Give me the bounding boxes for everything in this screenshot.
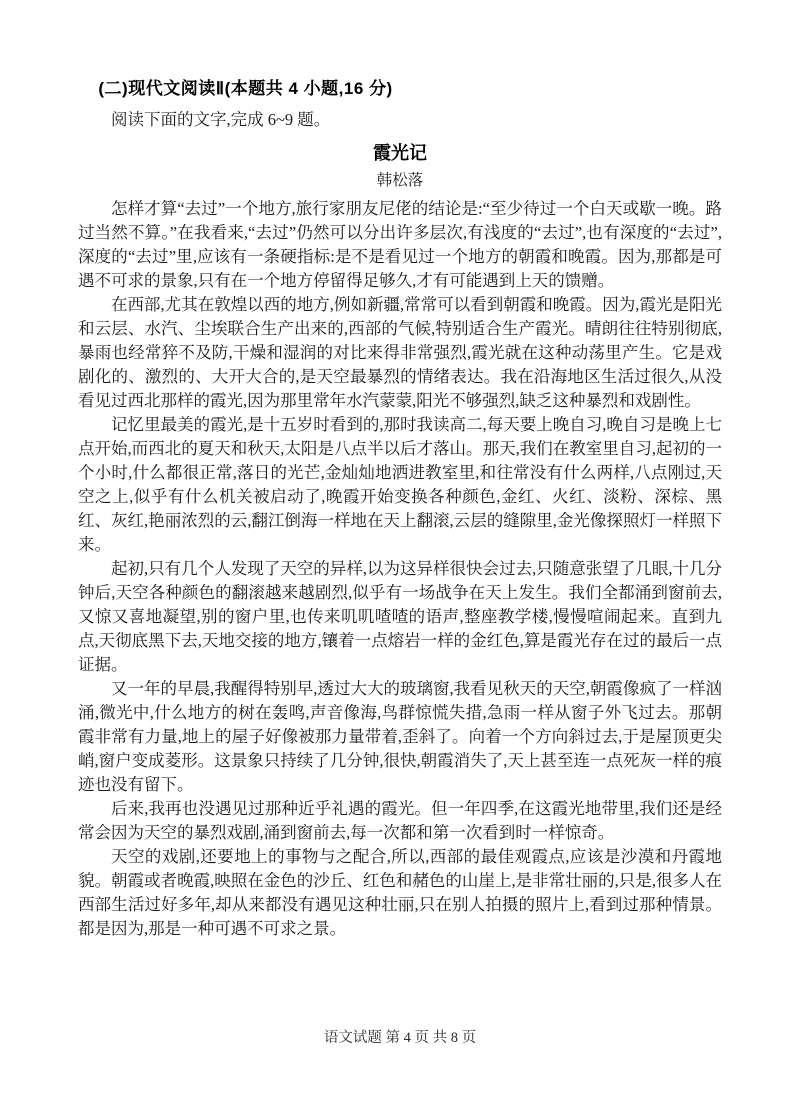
passage-paragraph: 又一年的早晨,我醒得特别早,透过大大的玻璃窗,我看见秋天的天空,朝霞像疯了一样汹… (78, 677, 722, 797)
passage-paragraph: 起初,只有几个人发现了天空的异样,以为这异样很快会过去,只随意张望了几眼,十几分… (78, 557, 722, 677)
passage-paragraph: 后来,我再也没遇见过那种近乎礼遇的霞光。但一年四季,在这霞光地带里,我们还是经常… (78, 797, 722, 845)
passage-paragraph: 天空的戏剧,还要地上的事物与之配合,所以,西部的最佳观霞点,应该是沙漠和丹霞地貌… (78, 845, 722, 941)
passage-paragraph: 记忆里最美的霞光,是十五岁时看到的,那时我读高二,每天要上晚自习,晚自习是晚上七… (78, 413, 722, 557)
reading-instruction: 阅读下面的文字,完成 6~9 题。 (78, 108, 722, 132)
passage-paragraph: 怎样才算“去过”一个地方,旅行家朋友尼佬的结论是:“至少待过一个白天或歇一晚。路… (78, 197, 722, 293)
document-page: (二)现代文阅读Ⅱ(本题共 4 小题,16 分) 阅读下面的文字,完成 6~9 … (0, 0, 800, 1108)
section-heading: (二)现代文阅读Ⅱ(本题共 4 小题,16 分) (78, 78, 722, 101)
passage-paragraph: 在西部,尤其在敦煌以西的地方,例如新疆,常常可以看到朝霞和晚霞。因为,霞光是阳光… (78, 293, 722, 413)
passage-title: 霞光记 (78, 139, 722, 165)
passage-author: 韩松落 (78, 168, 722, 190)
passage-content: (二)现代文阅读Ⅱ(本题共 4 小题,16 分) 阅读下面的文字,完成 6~9 … (78, 78, 722, 941)
page-footer: 语文试题 第 4 页 共 8 页 (0, 1026, 800, 1047)
